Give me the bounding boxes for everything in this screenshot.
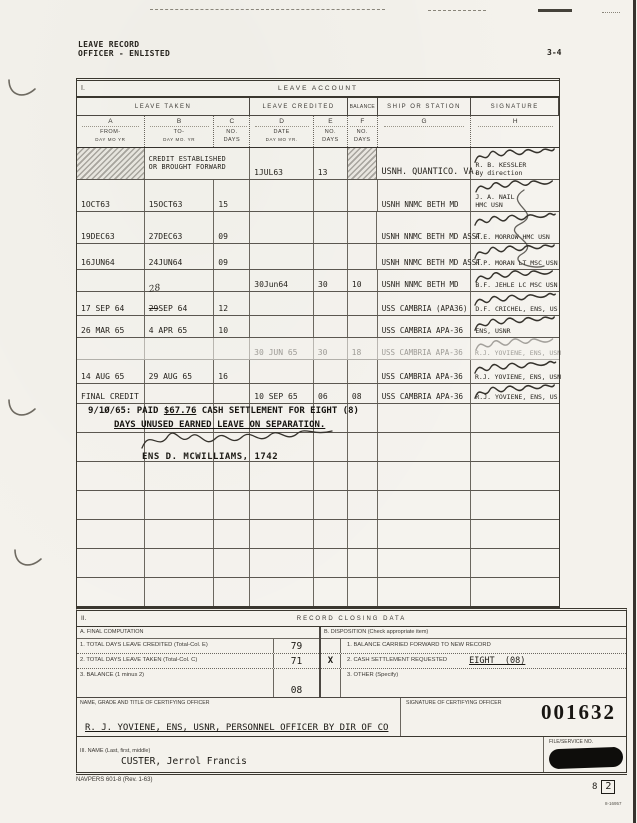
file-service-no-label: FILE/SERVICE NO. [549, 739, 626, 745]
scan-noise [428, 10, 486, 11]
from-date: 1OCT63 [77, 180, 145, 211]
ship-or-station: USS CAMBRIA APA-36 [378, 384, 472, 403]
credit-established-label: CREDIT ESTABLISHED OR BROUGHT FORWARD [145, 148, 250, 179]
computation-value: 71 [273, 654, 319, 668]
member-name-cell: III. NAME (Last, first, middle) CUSTER, … [77, 737, 544, 772]
record-closing-data-table: II. RECORD CLOSING DATA A. FINAL COMPUTA… [76, 608, 627, 773]
disposition-row: 1. BALANCE CARRIED FORWARD TO NEW RECORD [321, 639, 626, 654]
certifying-name-label: NAME, GRADE AND TITLE OF CERTIFYING OFFI… [80, 700, 210, 706]
group-header-row: LEAVE TAKEN LEAVE CREDITED BALANCE SHIP … [77, 98, 559, 116]
signature-typed-line2: By direction [475, 170, 522, 178]
days-taken: 10 [214, 316, 250, 337]
disposition-title: B. DISPOSITION (Check appropriate item) [321, 627, 626, 639]
final-credit-label: FINAL CREDIT [77, 384, 145, 403]
signature-cell: ENS, USNR [471, 316, 559, 337]
from-date: 16JUN64 [77, 244, 145, 269]
days-taken [214, 338, 250, 359]
boxed-page-number: 2 [601, 780, 615, 794]
date-credited [250, 292, 314, 315]
certifying-officer-row: NAME, GRADE AND TITLE OF CERTIFYING OFFI… [77, 698, 626, 737]
empty-row [77, 578, 559, 606]
hatched-cell [348, 148, 378, 179]
section2-title: RECORD CLOSING DATA [77, 616, 626, 622]
computation-row: 1. TOTAL DAYS LEAVE CREDITED (Total-Col.… [77, 639, 319, 654]
balance-days: 10 [348, 270, 378, 291]
table-row: 26 MAR 65 4 APR 65 10 USS CAMBRIA APA-36… [77, 316, 559, 338]
print-code: 8-16957 [605, 801, 622, 806]
col-c-header: C NO. DAYS [214, 116, 250, 147]
days-credited: 30 [314, 270, 348, 291]
computation-row: 3. BALANCE (1 minus 2) 08 [77, 669, 319, 697]
section1-title: LEAVE ACCOUNT [77, 85, 559, 92]
col-f-header: F NO. DAYS [348, 116, 378, 147]
col-label: DATE [274, 129, 290, 135]
from-date: 19DEC63 [77, 212, 145, 243]
date-credited: 10 SEP 65 [250, 384, 314, 403]
balance-days: 18 [348, 338, 378, 359]
empty-row [77, 491, 559, 520]
ship-or-station: USNH NNMC BETH MD ASST [377, 244, 471, 269]
ship-or-station: USNH NNMC BETH MD ASST [377, 212, 471, 243]
computation-row: 2. TOTAL DAYS LEAVE TAKEN (Total-Col. C)… [77, 654, 319, 669]
days-credited [314, 212, 348, 243]
signature-cell: D.F. CRICHEL, ENS, US [471, 292, 559, 315]
to-date: 29 AUG 65 [145, 360, 215, 383]
balance-days [348, 180, 378, 211]
days-taken: 12 [214, 292, 250, 315]
hole-punch-mark [6, 396, 38, 422]
days-taken: 15 [214, 180, 250, 211]
header-balance: BALANCE [348, 98, 378, 115]
disposition-row: X 2. CASH SETTLEMENT REQUESTED EIGHT (08… [321, 654, 626, 669]
form-title: LEAVE RECORD OFFICER - ENLISTED [78, 40, 170, 58]
settlement-amount: $67.76 [164, 406, 197, 416]
disposition-checkbox: X [321, 654, 341, 668]
col-letter: D [255, 118, 309, 127]
member-name-label: III. NAME (Last, first, middle) [80, 748, 150, 754]
col-label: NO. [357, 129, 368, 135]
table-row: 16JUN64 24JUN64 09 USNH NNMC BETH MD ASS… [77, 244, 559, 270]
serial-number-stamp: 001632 [541, 700, 616, 725]
scan-noise [150, 9, 385, 10]
col-letter: F [350, 118, 375, 127]
empty-row [77, 549, 559, 578]
table-row: 1OCT63 15OCT63 15 USNH NNMC BETH MD J. A… [77, 180, 559, 212]
days-taken [214, 270, 250, 291]
balance-days [348, 292, 378, 315]
signature-cell: R.J. YOVIENE, ENS, USN [471, 360, 559, 383]
col-label: NO. [226, 129, 237, 135]
col-sublabel: DAY MO YR [95, 137, 125, 142]
from-date [77, 338, 145, 359]
days-taken: 16 [214, 360, 250, 383]
credit-brought-forward-row: CREDIT ESTABLISHED OR BROUGHT FORWARD 1J… [77, 148, 559, 180]
form-title-line1: LEAVE RECORD [78, 40, 170, 49]
signature-cell: R.J. YOVIENE, ENS, USN [471, 338, 559, 359]
to-date [145, 384, 215, 403]
disposition-panel: B. DISPOSITION (Check appropriate item) … [321, 627, 626, 697]
col-letter: H [478, 118, 553, 127]
signature-cell: R.J. YOVIENE, ENS, US [471, 384, 559, 403]
hatched-cell [77, 148, 145, 179]
member-name-value: CUSTER, Jerrol Francis [121, 756, 247, 767]
balance-days [348, 316, 378, 337]
cash-settlement-note: 9/1Ø/65: PAID $67.76 CASH SETTLEMENT FOR… [88, 404, 428, 432]
signature-cell: B.F. JEHLE LC MSC USN [471, 270, 559, 291]
date-credited [250, 212, 314, 243]
signature-typed-line1: R.J. YOVIENE, ENS, USN [475, 374, 561, 382]
from-date: 17 SEP 64 [77, 292, 145, 315]
disposition-checkbox [321, 669, 341, 697]
col-label: DAYS [224, 137, 241, 143]
days-credited [314, 316, 348, 337]
col-h-header: H [471, 116, 559, 147]
ship-or-station: USNH NNMC BETH MD [378, 270, 472, 291]
to-date: 24JUN64 [145, 244, 215, 269]
disposition-row: 3. OTHER (Specify) [321, 669, 626, 697]
final-computation-title: A. FINAL COMPUTATION [77, 627, 319, 639]
header-leave-taken: LEAVE TAKEN [77, 98, 250, 115]
ship-or-station: USS CAMBRIA APA-36 [378, 316, 472, 337]
file-service-no-cell: FILE/SERVICE NO. [544, 737, 626, 772]
from-date [77, 270, 145, 291]
date-credited [250, 316, 314, 337]
days-credited: 06 [314, 384, 348, 403]
signature-typed-line1: B.F. JEHLE LC MSC USN [475, 282, 557, 290]
days-credited [314, 180, 348, 211]
col-g-header: G [378, 116, 472, 147]
final-credit-row: FINAL CREDIT 10 SEP 65 06 08 USS CAMBRIA… [77, 384, 559, 404]
table-row-faint: 30 JUN 65 30 18 USS CAMBRIA APA-36 R.J. … [77, 338, 559, 360]
days-credited [314, 292, 348, 315]
section1-titlebar: I. LEAVE ACCOUNT [77, 78, 559, 98]
col-a-header: A FROM- DAY MO YR [77, 116, 145, 147]
leave-account-table: I. LEAVE ACCOUNT LEAVE TAKEN LEAVE CREDI… [76, 78, 560, 608]
disposition-checkbox [321, 639, 341, 653]
section2-titlebar: II. RECORD CLOSING DATA [77, 611, 626, 627]
doc-code: 3-4 [547, 48, 561, 57]
col-sublabel: DAY MO YR. [266, 137, 298, 142]
page-number: 8 [592, 782, 597, 792]
scanned-leave-record-page: LEAVE RECORD OFFICER - ENLISTED 3-4 I. L… [0, 0, 637, 823]
form-title-line2: OFFICER - ENLISTED [78, 49, 170, 58]
to-date: 27DEC63 [145, 212, 215, 243]
to-date-rest: SEP 64 [158, 304, 187, 313]
date-credited [250, 360, 314, 383]
from-date: 26 MAR 65 [77, 316, 145, 337]
final-computation-panel: A. FINAL COMPUTATION 1. TOTAL DAYS LEAVE… [77, 627, 321, 697]
date-credited [250, 244, 314, 269]
computation-label: 2. TOTAL DAYS LEAVE TAKEN (Total-Col. C) [77, 654, 273, 668]
date-credited: 30 JUN 65 [250, 338, 314, 359]
computation-label: 3. BALANCE (1 minus 2) [77, 669, 273, 697]
date-credited [250, 180, 314, 211]
signature-typed-line1: ENS, USNR [475, 328, 510, 336]
signature-cell: J. A. NAIL HMC USN [471, 180, 559, 211]
page-numbers: 8 2 [592, 780, 615, 794]
member-name-row: III. NAME (Last, first, middle) CUSTER, … [77, 737, 626, 772]
col-b-header: B TO- DAY MO. YR [145, 116, 215, 147]
computation-value: 79 [273, 639, 319, 653]
col-letter: A [82, 118, 139, 127]
balance-days: 08 [348, 384, 378, 403]
signature-typed-line1: R.E. MORROW HMC USN [475, 234, 549, 242]
disposition-label: 3. OTHER (Specify) [341, 669, 398, 697]
signature-cell: R.P. MORAN LT MSC USN [471, 244, 559, 269]
table-row: 17 SEP 64 28 29 SEP 64 12 USS CAMBRIA (A… [77, 292, 559, 316]
signature-typed-line1: D.F. CRICHEL, ENS, US [475, 306, 557, 314]
column-header-band: A FROM- DAY MO YR B TO- DAY MO. YR C NO.… [77, 116, 559, 148]
signature-cell: R. B. KESSLER By direction [471, 148, 559, 179]
days-taken [214, 384, 250, 403]
col-label: TO- [174, 129, 185, 135]
signature-typed-line1: R.P. MORAN LT MSC USN [475, 260, 557, 268]
handwritten-correction: 28 [148, 283, 161, 295]
double-rule [76, 774, 627, 775]
balance-days [348, 360, 378, 383]
ship-or-station: USS CAMBRIA APA-36 [378, 338, 472, 359]
to-date: 4 APR 65 [145, 316, 215, 337]
signature-typed-line1: R.J. YOVIENE, ENS, USN [475, 350, 561, 358]
hole-punch-mark [6, 76, 38, 102]
disposition-written-entry: EIGHT (08) [469, 656, 525, 668]
disposition-label: 1. BALANCE CARRIED FORWARD TO NEW RECORD [341, 639, 491, 653]
days-taken: 09 [214, 244, 250, 269]
form-number-footer: NAVPERS 601-8 (Rev. 1-63) [76, 777, 152, 783]
days-taken: 09 [214, 212, 250, 243]
ship-or-station: USS CAMBRIA (APA36) [378, 292, 472, 315]
computation-value: 08 [273, 669, 319, 697]
balance-days [348, 244, 378, 269]
col-label: FROM- [100, 129, 121, 135]
days-credited: 13 [314, 148, 348, 179]
certifying-officer-typed-line: R. J. YOVIENE, ENS, USNR, PERSONNEL OFFI… [85, 723, 388, 733]
date-credited: 30Jun64 [250, 270, 314, 291]
col-letter: C [217, 118, 247, 127]
mcwilliams-typed-name: ENS D. MCWILLIAMS, 1742 [142, 452, 278, 462]
ship-or-station: USNH NNMC BETH MD [378, 180, 472, 211]
col-label: DAYS [322, 137, 339, 143]
days-credited [314, 360, 348, 383]
scan-noise [602, 12, 620, 13]
days-credited [314, 244, 348, 269]
certifying-signature-label: SIGNATURE OF CERTIFYING OFFICER [406, 700, 502, 706]
empty-row [77, 520, 559, 549]
empty-row [77, 462, 559, 491]
col-letter: E [316, 118, 344, 127]
col-label: NO. [325, 129, 336, 135]
header-leave-credited: LEAVE CREDITED [250, 98, 348, 115]
hole-punch-mark [12, 546, 44, 572]
settlement-note-line1: 9/1Ø/65: PAID $67.76 CASH SETTLEMENT FOR… [88, 404, 428, 418]
days-credited: 30 [314, 338, 348, 359]
from-date: 14 AUG 65 [77, 360, 145, 383]
col-sublabel: DAY MO. YR [163, 137, 195, 142]
signature-typed-line2: HMC USN [475, 202, 502, 210]
struck-text: 29 [149, 304, 159, 313]
to-date: 15OCT63 [145, 180, 215, 211]
disposition-label: 2. CASH SETTLEMENT REQUESTED [341, 654, 447, 668]
ship-or-station: USNH. QUANTICO. VA. [377, 148, 471, 179]
balance-days [348, 212, 378, 243]
credit-label-line1: CREDIT ESTABLISHED [149, 155, 226, 163]
signature-cell: R.E. MORROW HMC USN [471, 212, 559, 243]
col-d-header: D DATE DAY MO YR. [250, 116, 314, 147]
col-letter: G [384, 118, 464, 127]
col-e-header: E NO. DAYS [314, 116, 348, 147]
credit-label-line2: OR BROUGHT FORWARD [149, 163, 226, 171]
col-label: DAYS [354, 137, 371, 143]
settlement-note-line2: DAYS UNUSED EARNED LEAVE ON SEPARATION. [114, 418, 428, 432]
scan-edge-line [633, 0, 636, 823]
computation-label: 1. TOTAL DAYS LEAVE CREDITED (Total-Col.… [77, 639, 273, 653]
table-row: 19DEC63 27DEC63 09 USNH NNMC BETH MD ASS… [77, 212, 559, 244]
scan-noise [538, 9, 572, 12]
header-signature: SIGNATURE [471, 98, 559, 115]
to-date [145, 338, 215, 359]
signature-typed-line1: R.J. YOVIENE, ENS, US [475, 394, 557, 402]
col-letter: B [150, 118, 209, 127]
redaction-mark [549, 747, 624, 770]
table-row: 14 AUG 65 29 AUG 65 16 USS CAMBRIA APA-3… [77, 360, 559, 384]
ship-or-station: USS CAMBRIA APA-36 [378, 360, 472, 383]
to-date: 28 29 SEP 64 [145, 292, 215, 315]
header-ship-or-station: SHIP OR STATION [378, 98, 472, 115]
date-credited: 1JUL63 [250, 148, 314, 179]
